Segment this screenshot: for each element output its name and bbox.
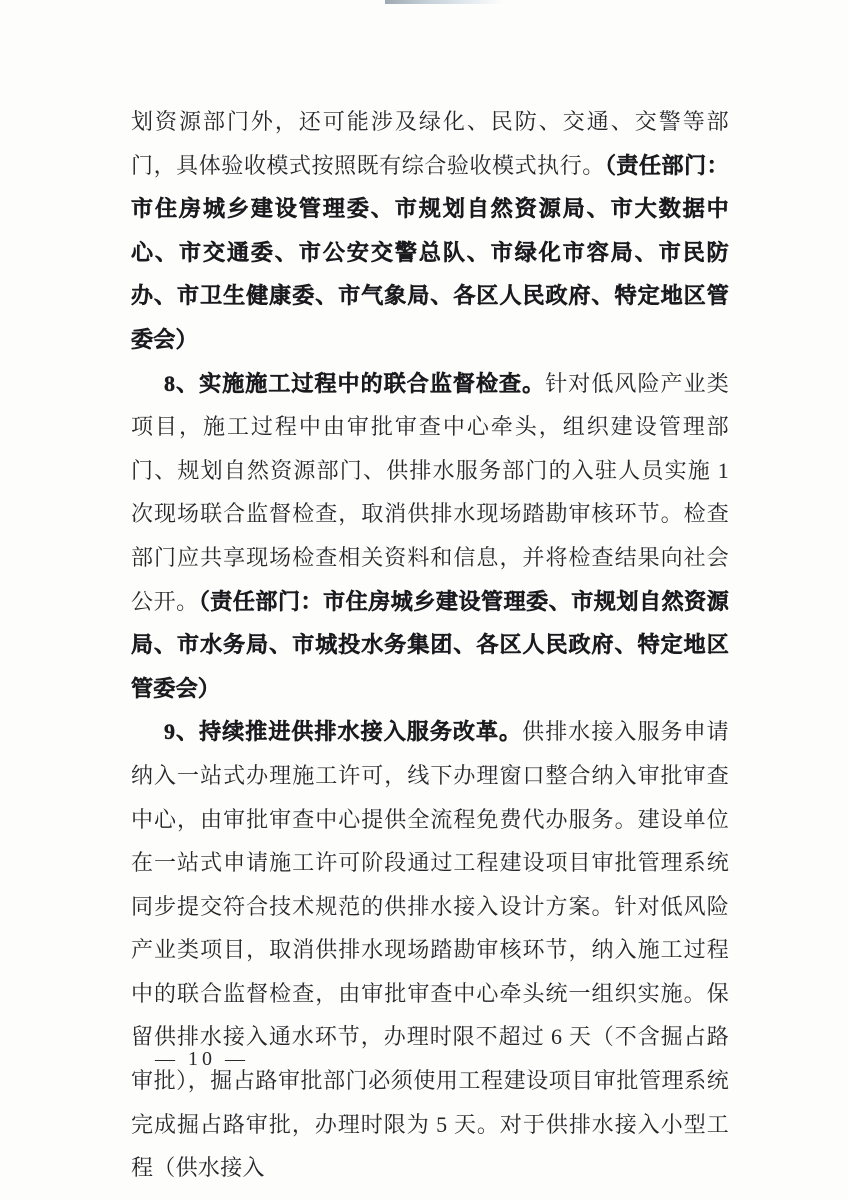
paragraph: 划资源部门外，还可能涉及绿化、民防、交通、交警等部门，具体验收模式按照既有综合验… bbox=[131, 100, 729, 362]
emphasis-text: （责任部门：市住房城乡建设管理委、市规划自然资源局、市大数据中心、市交通委、市公… bbox=[131, 153, 729, 352]
body-text: 针对低风险产业类项目，施工过程中由审批审查中心牵头，组织建设管理部门、规划自然资… bbox=[131, 371, 729, 614]
document-page: 划资源部门外，还可能涉及绿化、民防、交通、交警等部门，具体验收模式按照既有综合验… bbox=[0, 0, 849, 1200]
emphasis-text: 8、实施施工过程中的联合监督检查。 bbox=[164, 371, 545, 396]
page-number: — 10 — bbox=[155, 1048, 249, 1071]
paragraph: 8、实施施工过程中的联合监督检查。针对低风险产业类项目，施工过程中由审批审查中心… bbox=[131, 362, 729, 711]
scan-artifact bbox=[385, 0, 503, 4]
emphasis-text: （责任部门：市住房城乡建设管理委、市规划自然资源局、市水务局、市城投水务集团、各… bbox=[131, 589, 729, 701]
document-body: 划资源部门外，还可能涉及绿化、民防、交通、交警等部门，具体验收模式按照既有综合验… bbox=[131, 100, 729, 1190]
body-text: 供排水接入服务申请纳入一站式办理施工许可，线下办理窗口整合纳入审批审查中心，由审… bbox=[131, 719, 729, 1180]
paragraph: 9、持续推进供排水接入服务改革。供排水接入服务申请纳入一站式办理施工许可，线下办… bbox=[131, 710, 729, 1190]
emphasis-text: 9、持续推进供排水接入服务改革。 bbox=[164, 719, 522, 744]
